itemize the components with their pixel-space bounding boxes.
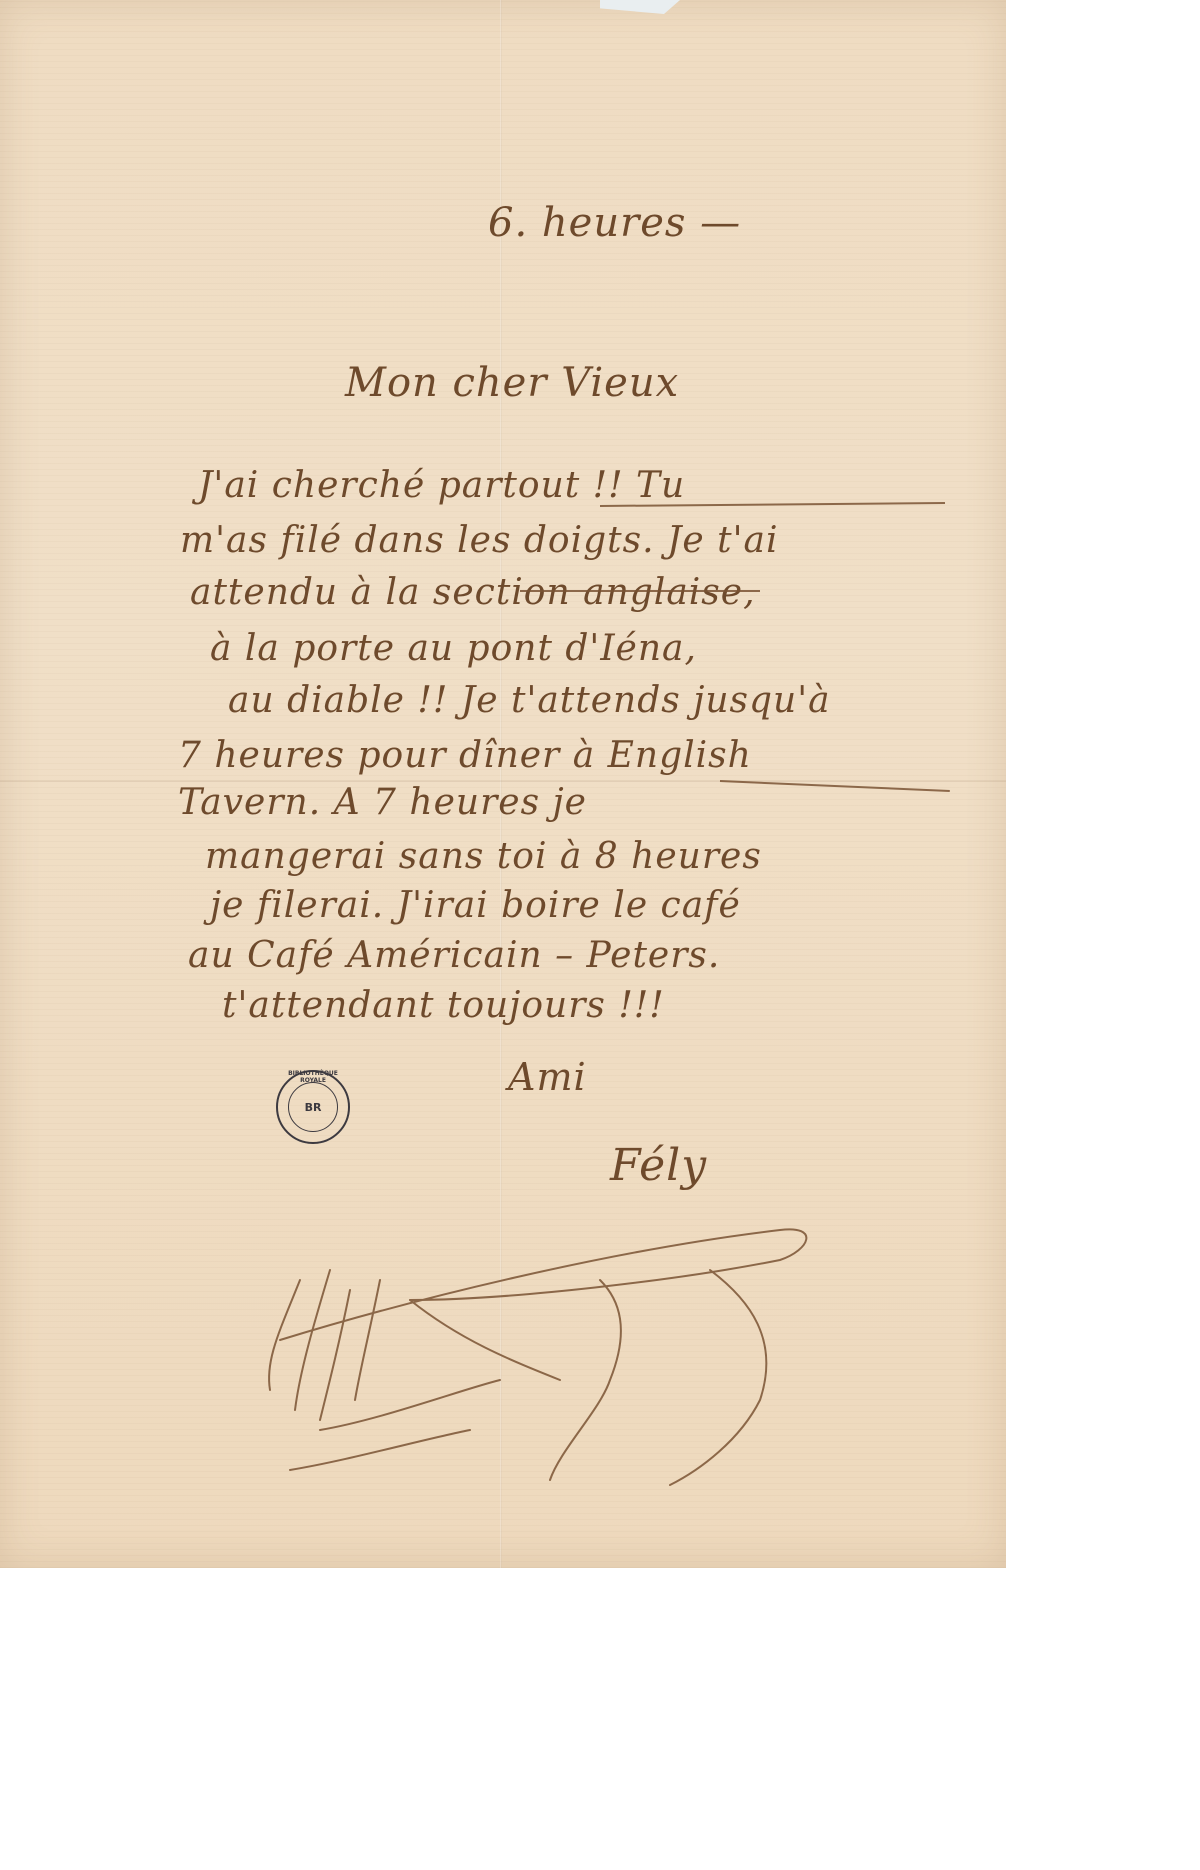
library-stamp: BIBLIOTHÈQUE ROYALE BR — [276, 1070, 350, 1144]
salutation: Mon cher Vieux — [345, 360, 679, 406]
body-line: Tavern. A 7 heures je — [178, 782, 587, 823]
stamp-center-text: BR — [305, 1102, 322, 1113]
body-line: à la porte au pont d'Iéna, — [210, 628, 697, 669]
body-line: mangerai sans toi à 8 heures — [205, 836, 762, 877]
closing: Ami — [508, 1055, 587, 1099]
body-line: J'ai cherché partout !! Tu — [198, 465, 685, 506]
stamp-emblem-icon: BR — [288, 1082, 338, 1132]
heading-time: 6. heures — — [488, 200, 741, 246]
body-line: 7 heures pour dîner à English — [178, 735, 752, 776]
signature-flourish-icon — [260, 1170, 820, 1490]
underline-stroke — [520, 590, 760, 592]
body-line: attendu à la section anglaise, — [190, 572, 756, 613]
body-line: t'attendant toujours !!! — [222, 985, 665, 1026]
body-line: au Café Américain – Peters. — [188, 935, 720, 976]
letter-paper: 6. heures — Mon cher Vieux J'ai cherché … — [0, 0, 1006, 1568]
body-line: je filerai. J'irai boire le café — [210, 885, 741, 926]
body-line: m'as filé dans les doigts. Je t'ai — [180, 520, 779, 561]
paper-tear — [600, 0, 680, 14]
body-line: au diable !! Je t'attends jusqu'à — [228, 680, 831, 721]
stamp-ring-text: BIBLIOTHÈQUE ROYALE — [278, 1070, 348, 1084]
